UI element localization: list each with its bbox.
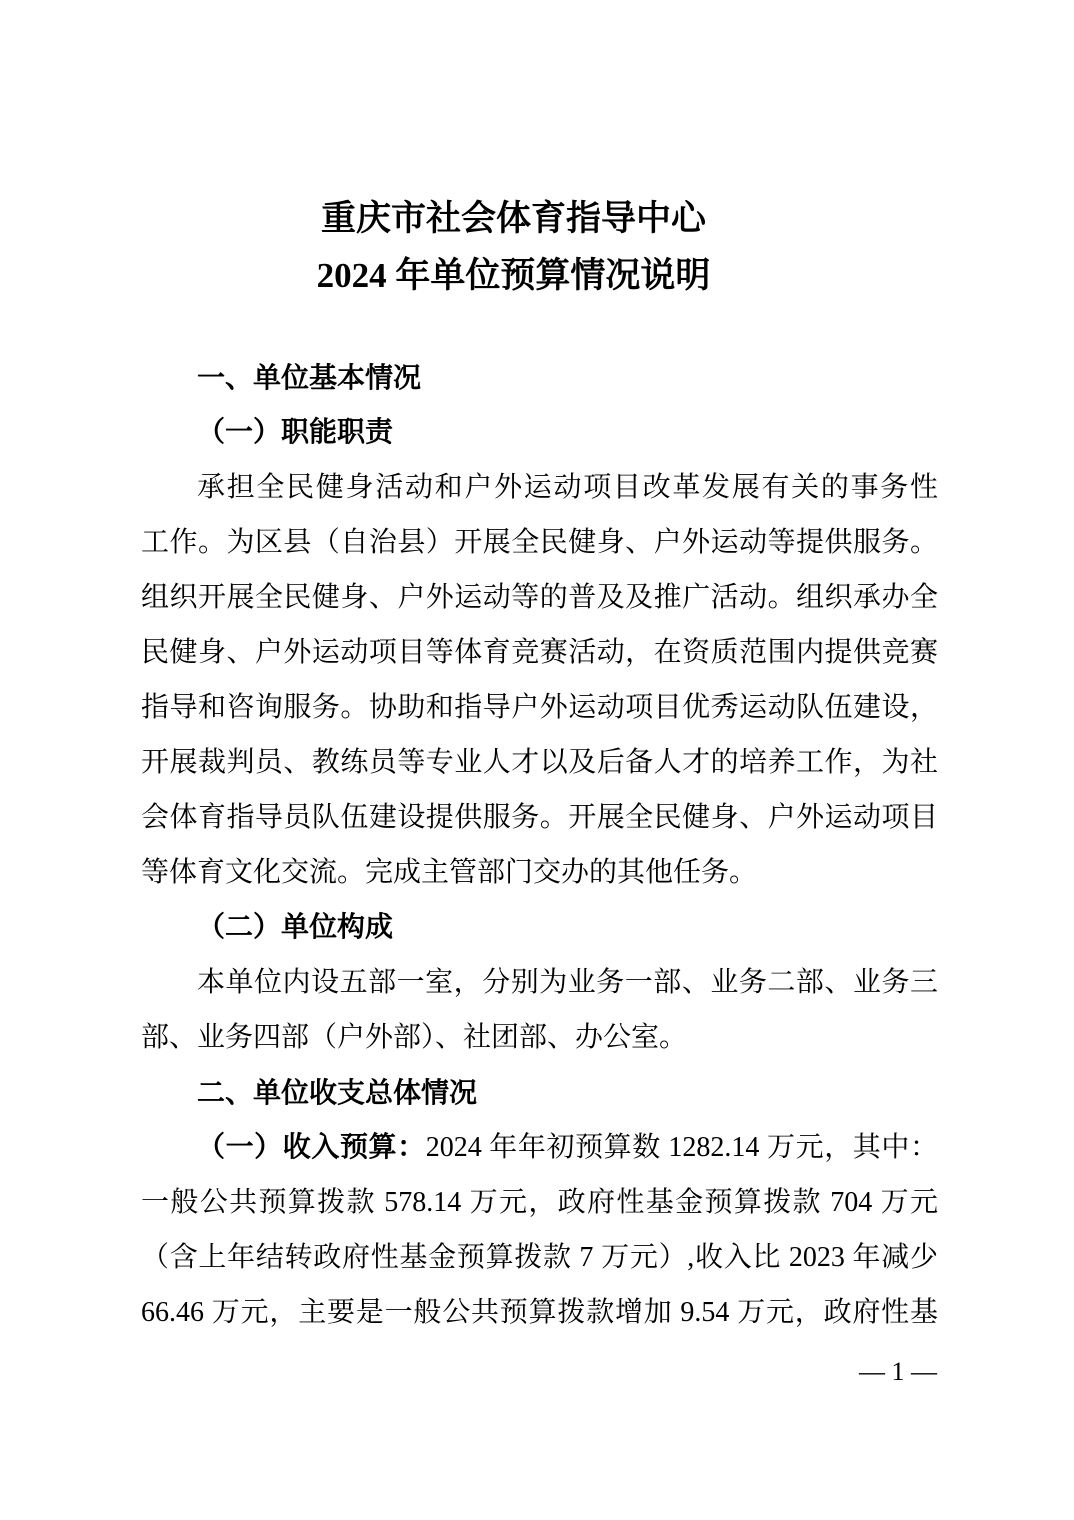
paragraph-duties-line: 开展裁判员、教练员等专业人才以及后备人才的培养工作，为社	[141, 735, 938, 790]
paragraph-duties-line: 工作。为区县（自治县）开展全民健身、户外运动等提供服务。	[141, 515, 938, 570]
page-number: — 1 —	[859, 1352, 937, 1392]
paragraph-duties-line: 承担全民健身活动和户外运动项目改革发展有关的事务性	[141, 460, 938, 515]
paragraph-income-budget-line: 一般公共预算拨款 578.14 万元，政府性基金预算拨款 704 万元	[141, 1175, 938, 1230]
paragraph-duties-line: 民健身、户外运动项目等体育竞赛活动，在资质范围内提供竞赛	[141, 625, 938, 680]
paragraph-composition-line: 本单位内设五部一室，分别为业务一部、业务二部、业务三	[141, 955, 938, 1010]
paragraph-income-budget-line: （含上年结转政府性基金预算拨款 7 万元）,收入比 2023 年减少	[141, 1230, 938, 1285]
paragraph-income-budget-line: 66.46 万元，主要是一般公共预算拨款增加 9.54 万元，政府性基	[141, 1285, 938, 1340]
paragraph-duties-line: 等体育文化交流。完成主管部门交办的其他任务。	[141, 845, 938, 900]
subheading-composition: （二）单位构成	[141, 900, 938, 955]
title-line-1: 重庆市社会体育指导中心	[141, 190, 886, 247]
document-title: 重庆市社会体育指导中心 2024 年单位预算情况说明	[141, 190, 938, 304]
income-budget-first-line-text: 2024 年年初预算数 1282.14 万元，其中：	[426, 1132, 938, 1163]
document-page: 重庆市社会体育指导中心 2024 年单位预算情况说明 一、单位基本情况 （一）职…	[0, 0, 1074, 1520]
income-budget-lead: （一）收入预算：	[197, 1132, 426, 1163]
paragraph-duties-line: 指导和咨询服务。协助和指导户外运动项目优秀运动队伍建设，	[141, 680, 938, 735]
paragraph-composition-line: 部、业务四部（户外部）、社团部、办公室。	[141, 1010, 938, 1065]
subheading-duties: （一）职能职责	[141, 405, 938, 460]
page-content: 重庆市社会体育指导中心 2024 年单位预算情况说明 一、单位基本情况 （一）职…	[141, 0, 938, 1340]
heading-unit-basic-info: 一、单位基本情况	[141, 350, 938, 405]
heading-revenue-expenditure: 二、单位收支总体情况	[141, 1065, 938, 1120]
paragraph-duties-line: 组织开展全民健身、户外运动等的普及及推广活动。组织承办全	[141, 570, 938, 625]
title-line-2: 2024 年单位预算情况说明	[141, 247, 886, 304]
document-body: 一、单位基本情况 （一）职能职责 承担全民健身活动和户外运动项目改革发展有关的事…	[141, 350, 938, 1340]
paragraph-income-budget-line: （一）收入预算：2024 年年初预算数 1282.14 万元，其中：	[141, 1120, 938, 1175]
paragraph-duties-line: 会体育指导员队伍建设提供服务。开展全民健身、户外运动项目	[141, 790, 938, 845]
